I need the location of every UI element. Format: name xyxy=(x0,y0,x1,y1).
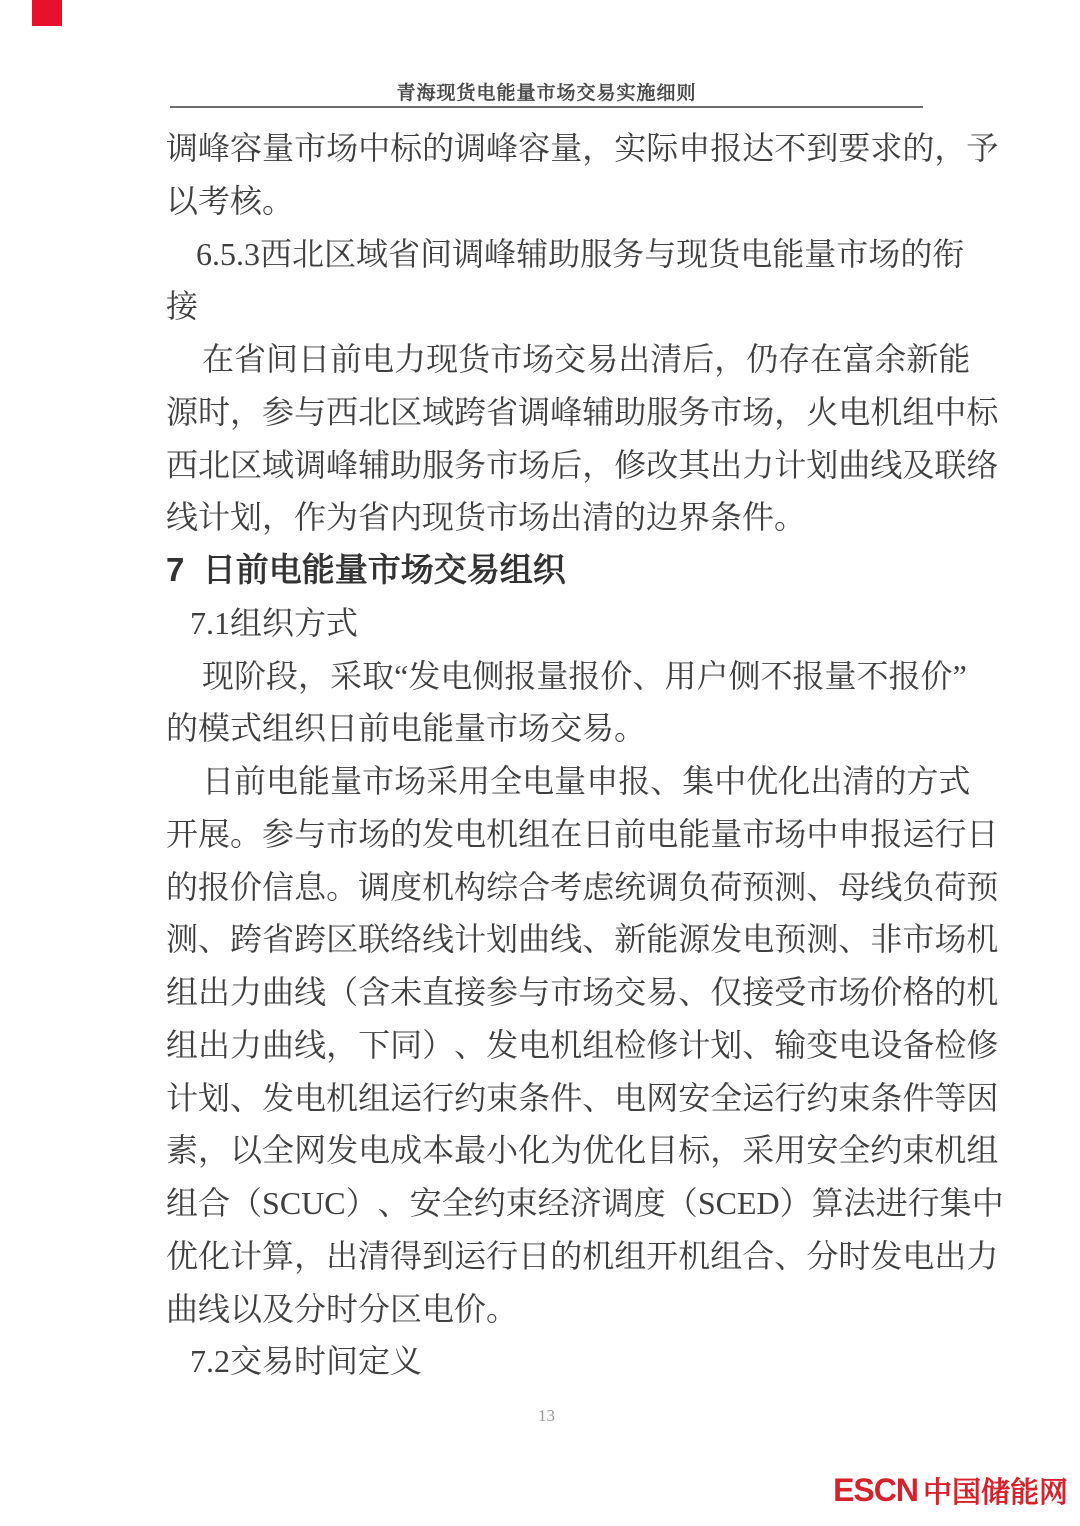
document-body: 调峰容量市场中标的调峰容量，实际申报达不到要求的，予以考核。6.5.3西北区域省… xyxy=(166,122,945,1388)
site-name-text: 中国储能网 xyxy=(923,1470,1068,1511)
text-line: 现阶段，采取“发电侧报量报价、用户侧不报量不报价” xyxy=(166,650,945,703)
text-line: 日前电能量市场采用全电量申报、集中优化出清的方式 xyxy=(166,755,945,808)
text-line: 7.1组织方式 xyxy=(166,597,945,650)
corner-red-mark xyxy=(32,0,62,26)
page-number: 13 xyxy=(170,1406,923,1426)
text-line: 接 xyxy=(166,280,945,333)
text-line: 的报价信息。调度机构综合考虑统调负荷预测、母线负荷预 xyxy=(166,861,945,914)
text-line: 计划、发电机组运行约束条件、电网安全运行约束条件等因 xyxy=(166,1072,945,1125)
text-line: 6.5.3西北区域省间调峰辅助服务与现货电能量市场的衔 xyxy=(166,228,945,281)
section-heading: 7 日前电能量市场交易组织 xyxy=(166,544,945,597)
text-line: 在省间日前电力现货市场交易出清后，仍存在富余新能 xyxy=(166,333,945,386)
text-line: 以考核。 xyxy=(166,175,945,228)
text-line: 组出力曲线（含未直接参与市场交易、仅接受市场价格的机 xyxy=(166,966,945,1019)
text-line: 组合（SCUC）、安全约束经济调度（SCED）算法进行集中 xyxy=(166,1177,945,1230)
document-page: 青海现货电能量市场交易实施细则 调峰容量市场中标的调峰容量，实际申报达不到要求的… xyxy=(0,0,1080,1526)
text-line: 的模式组织日前电能量市场交易。 xyxy=(166,702,945,755)
text-line: 线计划，作为省内现货市场出清的边界条件。 xyxy=(166,491,945,544)
text-line: 调峰容量市场中标的调峰容量，实际申报达不到要求的，予 xyxy=(166,122,945,175)
text-line: 曲线以及分时分区电价。 xyxy=(166,1283,945,1336)
text-line: 7.2交易时间定义 xyxy=(166,1335,945,1388)
text-line: 素，以全网发电成本最小化为优化目标，采用安全约束机组 xyxy=(166,1124,945,1177)
text-line: 测、跨省跨区联络线计划曲线、新能源发电预测、非市场机 xyxy=(166,913,945,966)
text-line: 开展。参与市场的发电机组在日前电能量市场中申报运行日 xyxy=(166,808,945,861)
page-header-title: 青海现货电能量市场交易实施细则 xyxy=(170,78,923,105)
escn-watermark-logo: ESCN 中国储能网 xyxy=(833,1470,1068,1511)
header-divider xyxy=(170,106,923,108)
text-line: 西北区域调峰辅助服务市场后，修改其出力计划曲线及联络 xyxy=(166,439,945,492)
escn-logo-text: ESCN xyxy=(833,1472,918,1509)
text-line: 优化计算，出清得到运行日的机组开机组合、分时发电出力 xyxy=(166,1230,945,1283)
text-line: 组出力曲线，下同）、发电机组检修计划、输变电设备检修 xyxy=(166,1019,945,1072)
text-line: 源时，参与西北区域跨省调峰辅助服务市场，火电机组中标 xyxy=(166,386,945,439)
